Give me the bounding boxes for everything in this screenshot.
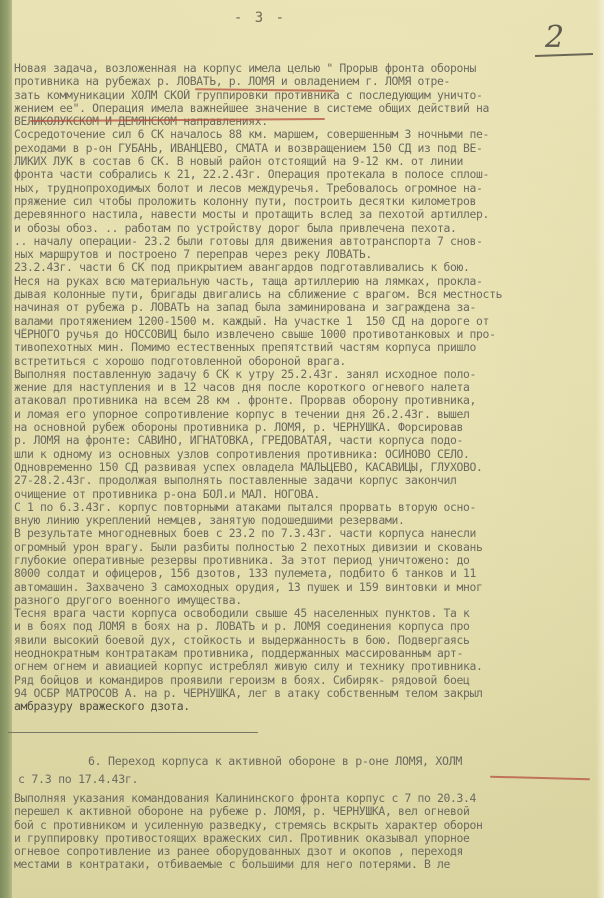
- text-line: Сосредоточение сил 6 СК началось 88 км. …: [14, 128, 598, 141]
- text-line: очищение от противника р-она БОЛ.и МАЛ. …: [14, 488, 598, 501]
- text-line: Новая задача, возложенная на корпус имел…: [14, 62, 598, 75]
- text-line: и группировку противостоящих вражеских с…: [14, 832, 598, 845]
- text-line: встретиться с хорошо подготовленной обор…: [14, 355, 598, 368]
- text-line: перешел к активной обороне на рубеже р. …: [14, 805, 598, 818]
- text-line: В результате многодневных боев с 23.2 по…: [14, 527, 598, 540]
- text-line: ных, труднопроходимых болот и лесов межд…: [14, 182, 598, 195]
- text-line: огневое сопротивление из ранее оборудова…: [14, 845, 598, 858]
- text-line: ЛИКИХ ЛУК в состав 6 СК. В новый район о…: [14, 155, 598, 168]
- text-line: фронта части собрались к 21, 22.2.43г. О…: [14, 168, 598, 181]
- text-line: р. ЛОМЯ на фронте: САВИНО, ИГНАТОВКА, ГР…: [14, 434, 598, 447]
- text-line: С 1 по 6.3.43г. корпус повторными атакам…: [14, 501, 598, 514]
- text-line: 94 ОСБР МАТРОСОВ А. на р. ЧЕРНУШКА, лег …: [14, 687, 598, 700]
- text-line: начиная от рубежа р. ЛОВАТЬ на запад был…: [14, 301, 598, 314]
- text-line: Одновременно 150 СД развивая успех овлад…: [14, 461, 598, 474]
- text-line: явили высокий боевой дух, стойкость и вы…: [14, 634, 598, 647]
- text-line: 23.2.43г. части 6 СК под прикрытием аван…: [14, 261, 598, 274]
- main-text-block: Новая задача, возложенная на корпус имел…: [14, 62, 598, 714]
- text-line: жением ее". Операция имела важнейшее зна…: [14, 102, 598, 115]
- text-line: .. началу операции- 23.2 были готовы для…: [14, 235, 598, 248]
- text-line: валами протяжением 1200-1500 м. каждый. …: [14, 315, 598, 328]
- text-line: Неся на руках всю материальную часть, та…: [14, 275, 598, 288]
- text-line: амбразуру вражеского дзота.: [14, 700, 598, 713]
- text-line: дывая колонные пути, бригады двигались н…: [14, 288, 598, 301]
- text-line: вную линию укреплений немцев, занятую по…: [14, 514, 598, 527]
- text-line: противника на рубежах р. ЛОВАТЬ, р. ЛОМЯ…: [14, 75, 598, 88]
- text-line: бой с противником и усиленную разведку, …: [14, 819, 598, 832]
- text-line: Тесня врага части корпуса освободили свы…: [14, 607, 598, 620]
- text-line: и обозы обоз. .. работам по устройству д…: [14, 222, 598, 235]
- text-line: ных маршрутов и построено 7 переправ чер…: [14, 248, 598, 261]
- text-line: реходами в р-он ГУБАНЬ, ИВАНЦЕВО, СМАТА …: [14, 142, 598, 155]
- text-line: и ломая его упорное сопротивление корпус…: [14, 408, 598, 421]
- section-heading-dates: с 7.3 по 17.4.43г.: [18, 772, 604, 786]
- text-line: Выполняя указания командования Калининск…: [14, 792, 598, 805]
- text-line: 27-28.2.43г. продолжая выполнять поставл…: [14, 474, 598, 487]
- text-line: жение для наступления и в 12 часов дня п…: [14, 381, 598, 394]
- text-line: Выполняя поставленную задачу 6 СК к утру…: [14, 368, 598, 381]
- text-line: шли к одному из основных узлов сопротивл…: [14, 448, 598, 461]
- text-line: огнем огнем и авиацией корпус истреблял …: [14, 660, 598, 673]
- text-line: тивопехотных мин. Помимо естественных пр…: [14, 341, 598, 354]
- text-line: на основной рубеж обороны противника р. …: [14, 421, 598, 434]
- section-heading: 6. Переход корпуса к активной обороне в …: [88, 754, 604, 768]
- text-line: огромный урон врагу. Были разбиты полнос…: [14, 541, 598, 554]
- text-line: неоднократным контратакам противника, по…: [14, 647, 598, 660]
- text-line: местами в контратаки, отбиваемые с больш…: [14, 858, 598, 871]
- archive-sheet-number: 2: [545, 20, 564, 55]
- text-line: разного другого военного имущества.: [14, 594, 598, 607]
- text-line: пряжение сил чтобы проложить колонну пут…: [14, 195, 598, 208]
- text-line: атаковал противника на всем 28 км . фрон…: [14, 394, 598, 407]
- text-line: деревянного настила, навести мосты и про…: [14, 208, 598, 221]
- section-text-block: Выполняя указания командования Калининск…: [14, 792, 598, 872]
- section-divider: [8, 732, 258, 733]
- text-line: и в боях под ЛОМЯ в боях на р. ЛОВАТЬ и …: [14, 620, 598, 633]
- binding-edge: [0, 0, 12, 898]
- text-line: ЧЁРНОГО ручья до НОССОВИЦ было извлечено…: [14, 328, 598, 341]
- text-line: 8000 солдат и офицеров, 156 дзотов, 133 …: [14, 567, 598, 580]
- text-line: глубокие оперативные резервы противника.…: [14, 554, 598, 567]
- text-line: Ряд бойцов и командиров проявили героизм…: [14, 674, 598, 687]
- page-number: - 3 -: [0, 10, 520, 26]
- text-line: автомашин. Захвачено 3 самоходных орудия…: [14, 581, 598, 594]
